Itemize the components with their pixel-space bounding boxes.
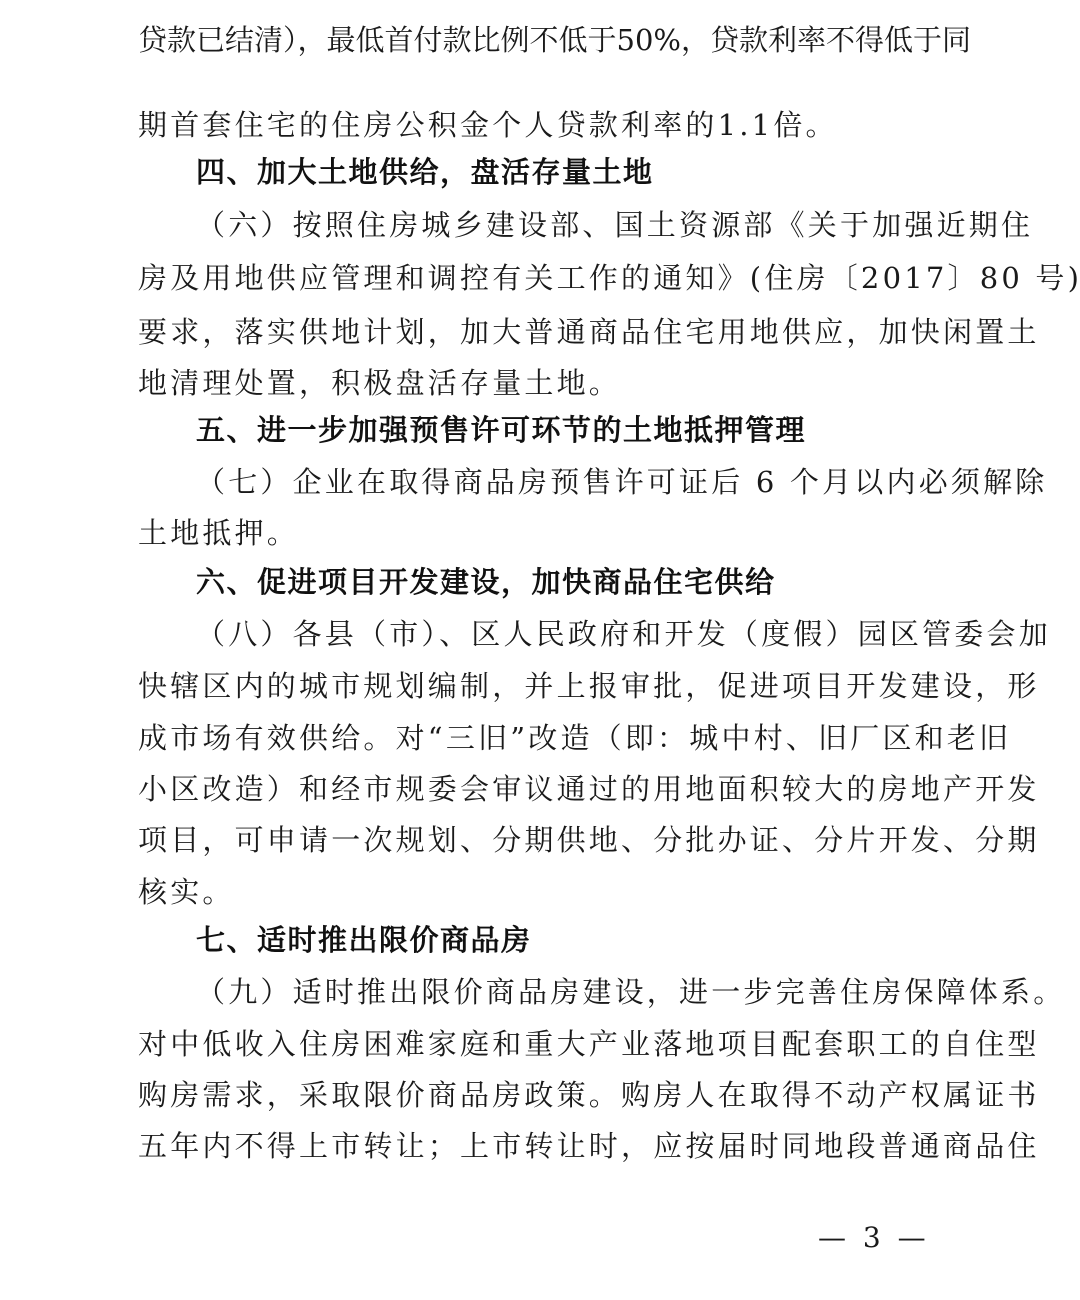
- paragraph-line: 贷款已结清），最低首付款比例不低于50%，贷款利率不得低于同: [138, 20, 944, 60]
- paragraph-line: （九）适时推出限价商品房建设，进一步完善住房保障体系。: [196, 972, 1065, 1012]
- section-heading-6: 六、促进项目开发建设，加快商品住宅供给: [196, 562, 776, 602]
- section-heading-4: 四、加大土地供给，盘活存量土地: [196, 152, 654, 192]
- paragraph-line: 期首套住宅的住房公积金个人贷款利率的1.1倍。: [138, 105, 838, 145]
- page-number: — 3 —: [818, 1218, 930, 1258]
- paragraph-line: 核实。: [138, 872, 235, 912]
- paragraph-line: 项目，可申请一次规划、分期供地、分批办证、分片开发、分期: [138, 820, 1040, 860]
- paragraph-line: 五年内不得上市转让；上市转让时，应按届时同地段普通商品住: [138, 1126, 1040, 1166]
- paragraph-line: （六）按照住房城乡建设部、国土资源部《关于加强近期住: [196, 205, 1033, 245]
- paragraph-line: 快辖区内的城市规划编制，并上报审批，促进项目开发建设，形: [138, 666, 1040, 706]
- paragraph-line: （七）企业在取得商品房预售许可证后 6 个月以内必须解除: [196, 462, 1048, 502]
- paragraph-line: 对中低收入住房困难家庭和重大产业落地项目配套职工的自住型: [138, 1024, 1040, 1064]
- paragraph-line: 房及用地供应管理和调控有关工作的通知》(住房〔2017〕80 号): [138, 258, 1080, 298]
- paragraph-line: 成市场有效供给。对“三旧”改造（即：城中村、旧厂区和老旧: [138, 718, 1011, 758]
- paragraph-line: 要求，落实供地计划，加大普通商品住宅用地供应，加快闲置土: [138, 312, 1040, 352]
- section-heading-5: 五、进一步加强预售许可环节的土地抵押管理: [196, 410, 806, 450]
- paragraph-line: 土地抵押。: [138, 513, 299, 553]
- paragraph-line: 购房需求，采取限价商品房政策。购房人在取得不动产权属证书: [138, 1075, 1040, 1115]
- paragraph-line: （八）各县（市）、区人民政府和开发（度假）园区管委会加: [196, 614, 1051, 654]
- section-heading-7: 七、适时推出限价商品房: [196, 920, 532, 960]
- paragraph-line: 小区改造）和经市规委会审议通过的用地面积较大的房地产开发: [138, 769, 1040, 809]
- paragraph-line: 地清理处置，积极盘活存量土地。: [138, 363, 621, 403]
